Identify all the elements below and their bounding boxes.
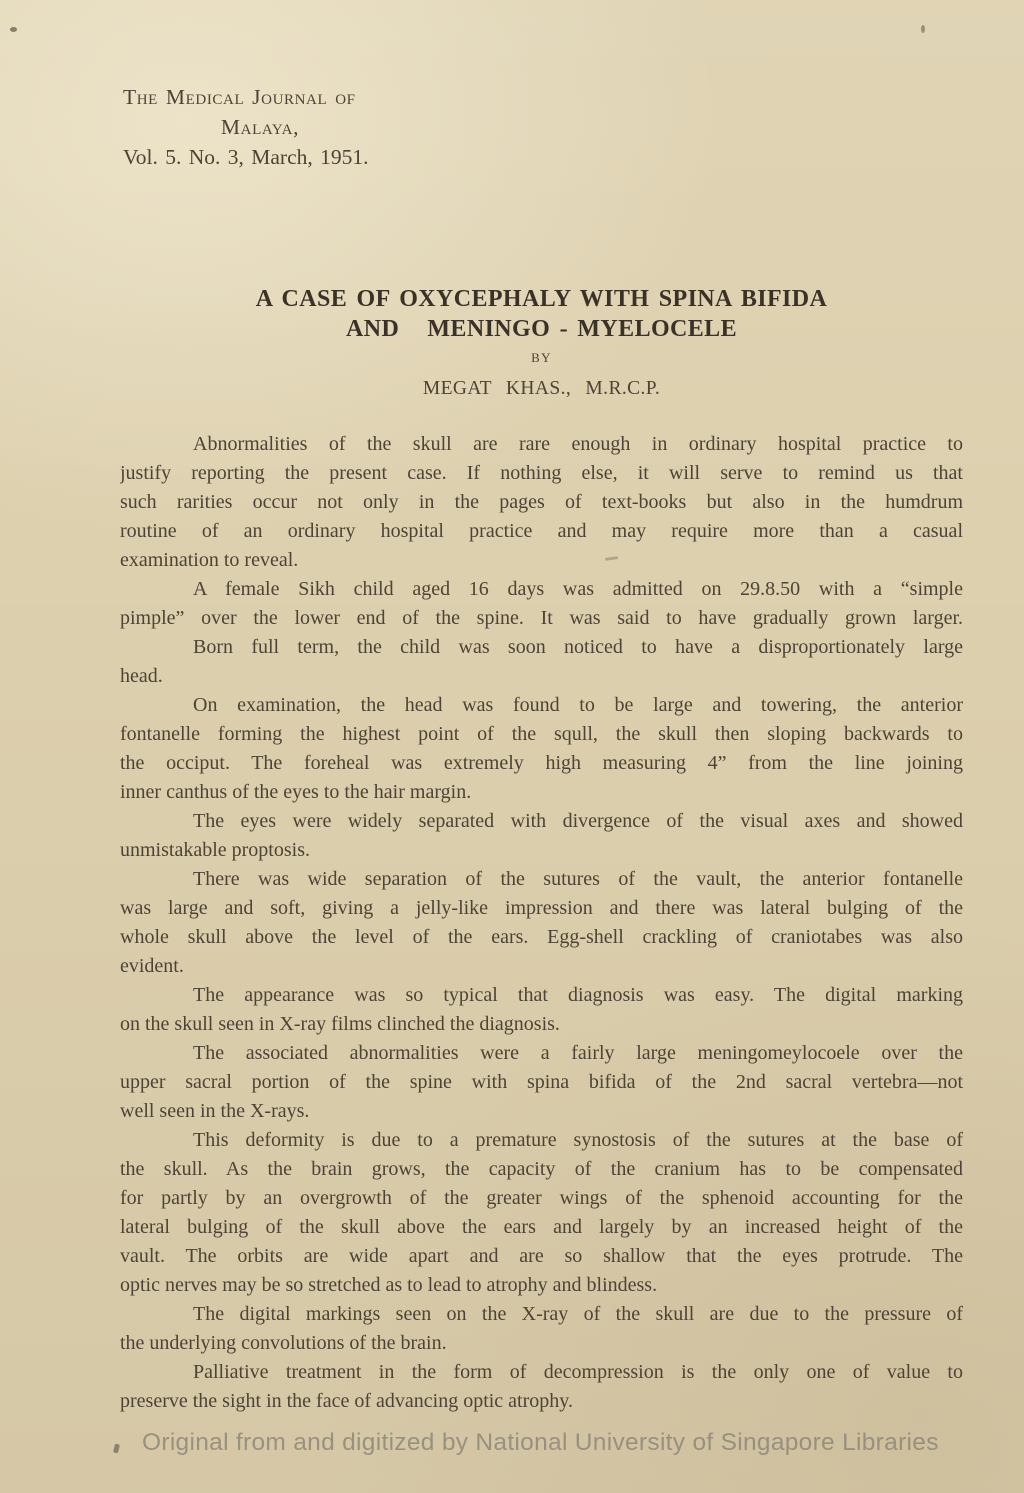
text-line: inner canthus of the eyes to the hair ma…: [120, 778, 963, 807]
paragraph: Palliative treatment in the form of deco…: [120, 1358, 963, 1416]
text-line: The appearance was so typical that diagn…: [120, 981, 963, 1010]
paragraph: The eyes were widely separated with dive…: [120, 807, 963, 865]
scanned-journal-page: The Medical Journal of Malaya, Vol. 5. N…: [0, 0, 1024, 1493]
paragraph: The associated abnormalities were a fair…: [120, 1039, 963, 1126]
journal-issue-line: Vol. 5. No. 3, March, 1951.: [123, 142, 397, 172]
text-line: well seen in the X-rays.: [120, 1097, 963, 1126]
text-line: A female Sikh child aged 16 days was adm…: [120, 575, 963, 604]
paragraph: Abnormalities of the skull are rare enou…: [120, 430, 963, 575]
text-line: The associated abnormalities were a fair…: [120, 1039, 963, 1068]
text-line: There was wide separation of the sutures…: [120, 865, 963, 894]
text-line: evident.: [120, 952, 963, 981]
text-line: optic nerves may be so stretched as to l…: [120, 1271, 963, 1300]
article-title-line2: AND MENINGO - MYELOCELE: [120, 314, 963, 344]
text-line: justify reporting the present case. If n…: [120, 459, 963, 488]
text-line: This deformity is due to a premature syn…: [120, 1126, 963, 1155]
text-line: for partly by an overgrowth of the great…: [120, 1184, 963, 1213]
text-line: On examination, the head was found to be…: [120, 691, 963, 720]
article-body: Abnormalities of the skull are rare enou…: [120, 430, 963, 1416]
text-line: whole skull above the level of the ears.…: [120, 923, 963, 952]
byline-label: BY: [120, 350, 963, 366]
text-line: the occiput. The foreheal was extremely …: [120, 749, 963, 778]
text-line: the skull. As the brain grows, the capac…: [120, 1155, 963, 1184]
text-line: Palliative treatment in the form of deco…: [120, 1358, 963, 1387]
author-name: MEGAT KHAS., M.R.C.P.: [120, 378, 963, 400]
text-line: pimple” over the lower end of the spine.…: [120, 604, 963, 633]
paper-speck: [113, 1444, 120, 1454]
article-title-line1: A CASE OF OXYCEPHALY WITH SPINA BIFIDA: [120, 284, 963, 314]
text-line: examination to reveal.: [120, 546, 963, 575]
text-line: lateral bulging of the skull above the e…: [120, 1213, 963, 1242]
paragraph: On examination, the head was found to be…: [120, 691, 963, 807]
text-line: fontanelle forming the highest point of …: [120, 720, 963, 749]
text-line: routine of an ordinary hospital practice…: [120, 517, 963, 546]
text-line: head.: [120, 662, 963, 691]
digitization-attribution: Original from and digitized by National …: [142, 1429, 939, 1457]
journal-name-line2: Malaya,: [123, 112, 397, 142]
text-line: on the skull seen in X-ray films clinche…: [120, 1010, 963, 1039]
text-line: Abnormalities of the skull are rare enou…: [120, 430, 963, 459]
journal-masthead: The Medical Journal of Malaya, Vol. 5. N…: [123, 82, 397, 172]
paragraph: The appearance was so typical that diagn…: [120, 981, 963, 1039]
text-line: Born full term, the child was soon notic…: [120, 633, 963, 662]
paragraph: The digital markings seen on the X-ray o…: [120, 1300, 963, 1358]
paragraph: This deformity is due to a premature syn…: [120, 1126, 963, 1300]
article-title: A CASE OF OXYCEPHALY WITH SPINA BIFIDA A…: [120, 284, 963, 344]
paragraph: Born full term, the child was soon notic…: [120, 633, 963, 691]
paper-speck: [10, 27, 17, 32]
text-line: was large and soft, giving a jelly-like …: [120, 894, 963, 923]
text-line: unmistakable proptosis.: [120, 836, 963, 865]
text-line: upper sacral portion of the spine with s…: [120, 1068, 963, 1097]
journal-name-line1: The Medical Journal of: [123, 82, 397, 112]
text-line: The eyes were widely separated with dive…: [120, 807, 963, 836]
text-line: the underlying convolutions of the brain…: [120, 1329, 963, 1358]
text-line: preserve the sight in the face of advanc…: [120, 1387, 963, 1416]
text-line: such rarities occur not only in the page…: [120, 488, 963, 517]
paragraph: A female Sikh child aged 16 days was adm…: [120, 575, 963, 633]
text-line: The digital markings seen on the X-ray o…: [120, 1300, 963, 1329]
text-line: vault. The orbits are wide apart and are…: [120, 1242, 963, 1271]
paper-speck: [921, 25, 925, 33]
paragraph: There was wide separation of the sutures…: [120, 865, 963, 981]
